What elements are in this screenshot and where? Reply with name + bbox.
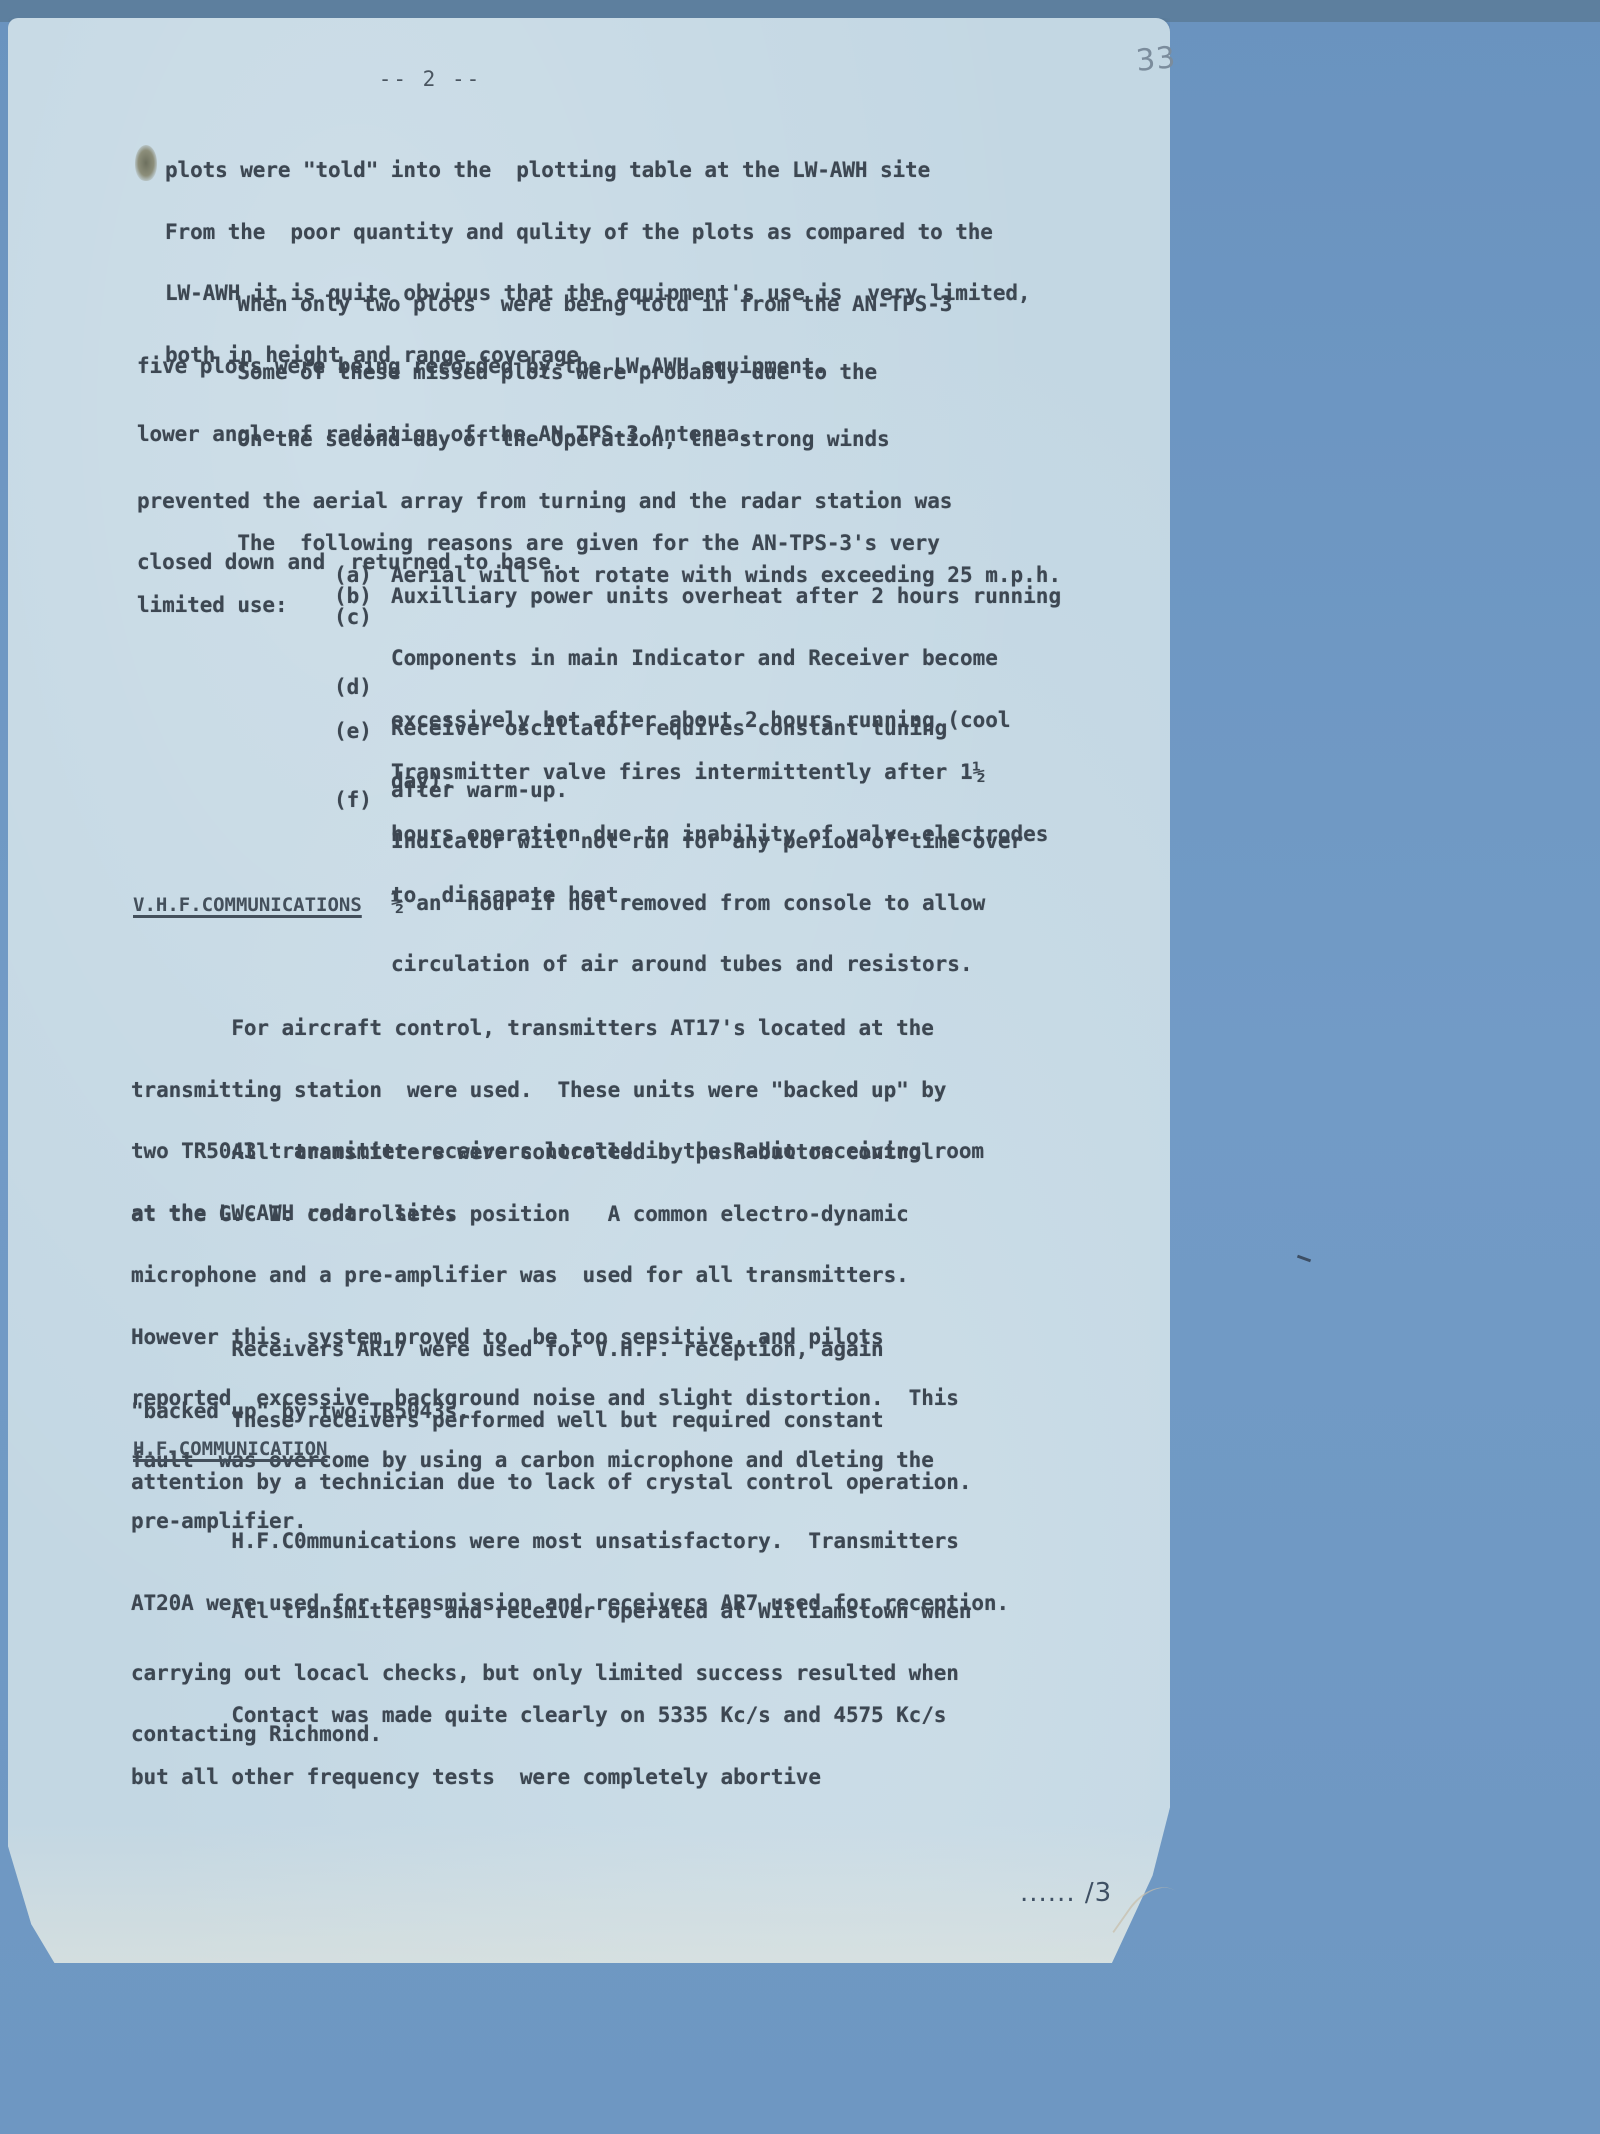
text-line: but all other frequency tests were compl… xyxy=(131,1767,946,1788)
text-line: Some of these missed plots were probably… xyxy=(137,362,877,383)
reason-text: circulation of air around tubes and resi… xyxy=(391,954,1023,975)
paper-aging-tint xyxy=(8,1823,1170,1963)
text-line: microphone and a pre-amplifier was used … xyxy=(131,1265,959,1286)
punch-hole-icon xyxy=(135,145,157,181)
reason-label: (a) xyxy=(334,565,372,586)
reason-label: (e) xyxy=(334,721,372,742)
reason-text: Components in main Indicator and Receive… xyxy=(391,648,1011,669)
reason-item-c: (c) Components in main Indicator and Rec… xyxy=(334,607,359,669)
text-line: Contact was made quite clearly on 5335 K… xyxy=(131,1705,946,1726)
text-line: The following reasons are given for the … xyxy=(137,533,940,554)
text-line: transmitting station were used. These un… xyxy=(131,1080,984,1101)
reason-label: (d) xyxy=(334,677,372,698)
text-line: attention by a technician due to lack of… xyxy=(131,1472,971,1493)
reason-item-e: (e) Transmitter valve fires intermittent… xyxy=(334,721,359,783)
text-line: plots were "told" into the plotting tabl… xyxy=(165,160,1030,181)
reason-text: Aerial will not rotate with winds exceed… xyxy=(391,565,1061,586)
reason-text: ½ an hour if not removed from console to… xyxy=(391,893,1023,914)
text-line: From the poor quantity and qulity of the… xyxy=(165,222,1030,243)
text-line: All transmitters and receiver operated a… xyxy=(131,1601,971,1622)
section-heading-vhf: V.H.F.COMMUNICATIONS xyxy=(133,894,362,916)
reason-label: (c) xyxy=(334,607,372,628)
text-line: All transmitters were controlled by push… xyxy=(131,1142,959,1163)
text-line: For aircraft control, transmitters AT17'… xyxy=(131,1018,984,1039)
page-number: -- 2 -- xyxy=(0,67,860,91)
text-line: Receivers AR17 were used for V.H.F. rece… xyxy=(131,1339,884,1360)
reason-text: Indicator will not run for any period of… xyxy=(391,831,1023,852)
folio-number: 33 xyxy=(1134,40,1178,79)
text-line: When only two plots were being told in f… xyxy=(137,294,952,315)
section-heading-hf: H.F.COMMUNICATION xyxy=(133,1438,327,1460)
reason-text: Auxilliary power units overheat after 2 … xyxy=(391,586,1061,607)
continuation-mark: ...... /3 xyxy=(1020,1878,1112,1908)
text-line: These receivers performed well but requi… xyxy=(131,1410,971,1431)
text-line: On the second day of the Operation, the … xyxy=(137,429,952,450)
paragraph-frequency-tests: Contact was made quite clearly on 5335 K… xyxy=(131,1664,946,1808)
reason-item-f: (f) Indicator will not run for any perio… xyxy=(334,790,359,852)
reason-label: (f) xyxy=(334,790,372,811)
text-line: at the G.C I. controller's position A co… xyxy=(131,1204,959,1225)
background-mark xyxy=(1297,1255,1311,1263)
text-line: H.F.C0mmunications were most unsatisfact… xyxy=(131,1531,1009,1552)
reason-label: (b) xyxy=(334,586,372,607)
reason-text: Transmitter valve fires intermittently a… xyxy=(391,762,1048,783)
